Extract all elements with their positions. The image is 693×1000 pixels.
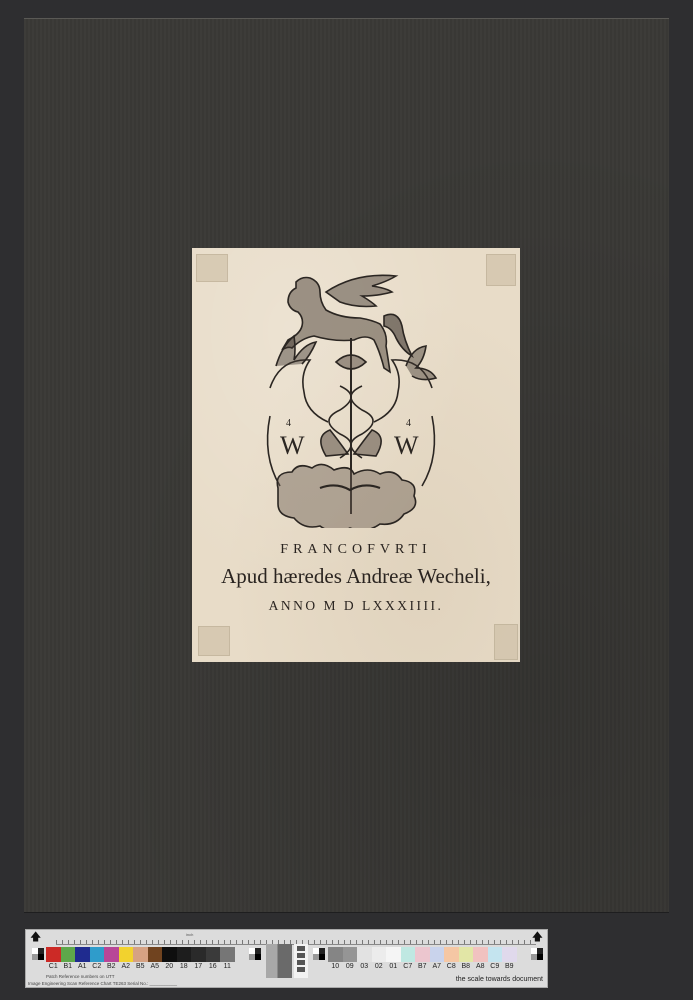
grey-reference-square: [249, 948, 261, 960]
patch-label: 02: [372, 963, 387, 970]
scale-note: the scale towards document: [456, 976, 543, 983]
grey-reference-square: [32, 948, 44, 960]
patch-01: [386, 947, 401, 962]
imprint-year: ANNO M D LXXXIIII.: [192, 598, 520, 614]
patch-label: A5: [148, 963, 163, 970]
grey-reference-square: [531, 948, 543, 960]
left-color-patches: [46, 947, 235, 962]
mounting-hinge: [198, 626, 230, 656]
patch-B1: [61, 947, 76, 962]
patch-label: 01: [386, 963, 401, 970]
color-reference-target: 🡅 🡅 inch C1 B1 A1 C2 B2 A2 B5 A5 20 18 1…: [25, 929, 548, 988]
patch-A1: [75, 947, 90, 962]
patch-label: C8: [444, 963, 459, 970]
left-patch-labels: C1 B1 A1 C2 B2 A2 B5 A5 20 18 17 16 11: [46, 963, 235, 970]
patch-A7: [430, 947, 445, 962]
patch-16: [206, 947, 221, 962]
patch-label: 16: [206, 963, 221, 970]
patch-label: 18: [177, 963, 192, 970]
patch-B9: [502, 947, 517, 962]
mounting-hinge: [196, 254, 228, 282]
patch-label: 03: [357, 963, 372, 970]
target-footer-text: Image Engineering Scan Reference Chart T…: [28, 981, 177, 986]
patch-A5: [148, 947, 163, 962]
patch-label: B5: [133, 963, 148, 970]
chart-icon: [297, 967, 305, 972]
patch-label: C9: [488, 963, 503, 970]
svg-text:4: 4: [286, 418, 291, 429]
patch-label: B1: [61, 963, 76, 970]
patch-label: C2: [90, 963, 105, 970]
patch-label: 11: [220, 963, 235, 970]
patch-label: 17: [191, 963, 206, 970]
target-icon-column: [294, 944, 308, 978]
chart-icon: [297, 960, 305, 965]
chart-icon: [297, 953, 305, 958]
patch-label: A7: [430, 963, 445, 970]
right-color-patches: [328, 947, 517, 962]
patch-A2: [119, 947, 134, 962]
imprint-publisher: Apud hæredes Andreæ Wecheli,: [192, 564, 520, 589]
patch-label: B2: [104, 963, 119, 970]
patch-label: B7: [415, 963, 430, 970]
patch-03: [357, 947, 372, 962]
patch-10: [328, 947, 343, 962]
patch-11: [220, 947, 235, 962]
patch-17: [191, 947, 206, 962]
patch-C1: [46, 947, 61, 962]
patch-C7: [401, 947, 416, 962]
patch-label: C7: [401, 963, 416, 970]
patch-label: B9: [502, 963, 517, 970]
grey-density-block: [266, 944, 292, 978]
patch-label: 10: [328, 963, 343, 970]
patch-label: A1: [75, 963, 90, 970]
monogram-right: W: [394, 431, 419, 460]
up-arrow-icon: 🡅: [30, 932, 41, 943]
patch-B5: [133, 947, 148, 962]
patch-20: [162, 947, 177, 962]
right-patch-labels: 10 09 03 02 01 C7 B7 A7 C8 B8 A8 C9 B9: [328, 963, 517, 970]
chart-icon: [297, 946, 305, 951]
patch-C8: [444, 947, 459, 962]
patch-label: 20: [162, 963, 177, 970]
patch-B7: [415, 947, 430, 962]
patch-B2: [104, 947, 119, 962]
ruler-unit-label: inch: [186, 932, 193, 937]
patch-C9: [488, 947, 503, 962]
patch-label: C1: [46, 963, 61, 970]
patch-C2: [90, 947, 105, 962]
grey-reference-square: [313, 948, 325, 960]
patch-18: [177, 947, 192, 962]
mounting-hinge: [494, 624, 518, 660]
patch-09: [343, 947, 358, 962]
svg-text:4: 4: [406, 418, 411, 429]
patch-label: B8: [459, 963, 474, 970]
patch-label: 09: [343, 963, 358, 970]
patch-B8: [459, 947, 474, 962]
mounting-hinge: [486, 254, 516, 286]
imprint-city: FRANCOFVRTI: [192, 542, 520, 558]
printers-device-pegasus-caduceus: W W 4 4: [256, 266, 446, 528]
patch-02: [372, 947, 387, 962]
mounting-board: W W 4 4 FRANCOFVRTI Apud hæredes Andreæ …: [24, 18, 669, 912]
patch-label: A2: [119, 963, 134, 970]
patch-A8: [473, 947, 488, 962]
title-page-fragment: W W 4 4 FRANCOFVRTI Apud hæredes Andreæ …: [192, 248, 520, 662]
monogram-left: W: [280, 431, 305, 460]
patch-reference-note: Patch Reference numbers on UTT: [46, 974, 115, 979]
patch-label: A8: [473, 963, 488, 970]
